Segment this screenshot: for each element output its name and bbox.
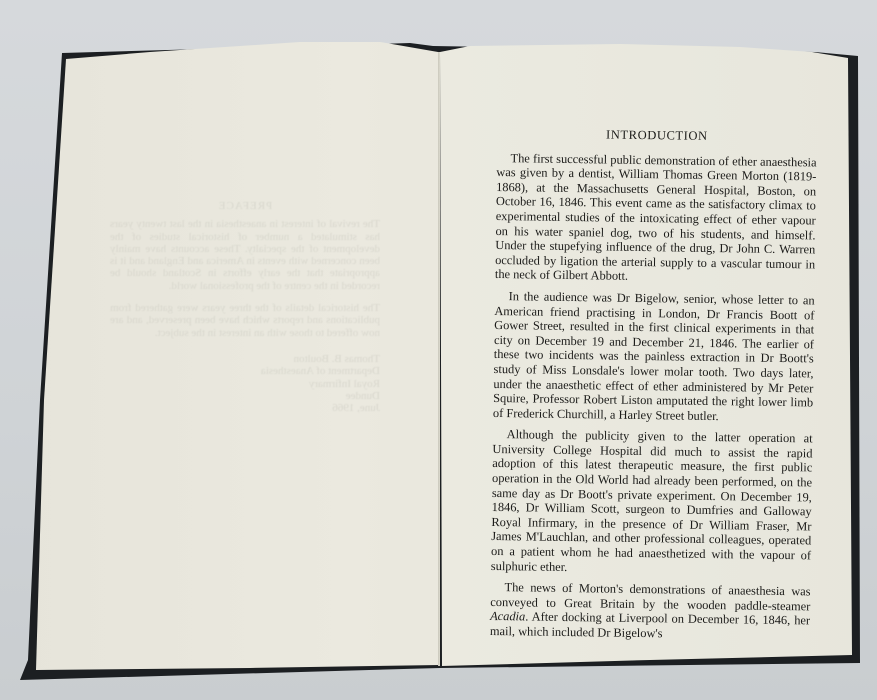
paragraph: In the audience was Dr Bigelow, senior, … — [493, 289, 815, 425]
book-gutter — [438, 52, 440, 666]
paragraph: The first successful public demonstratio… — [495, 151, 817, 287]
preface-signature: Thomas B. Boulton — [110, 353, 380, 365]
paragraph: The news of Morton's demonstrations of a… — [490, 580, 811, 643]
preface-affiliation-line: Royal Infirmary — [110, 378, 380, 390]
paragraph: Although the publicity given to the latt… — [491, 427, 813, 577]
preface-affiliation-line: Dundee — [110, 390, 380, 402]
preface-date: June, 1966 — [110, 402, 380, 414]
preface-title: PREFACE — [110, 200, 380, 212]
left-page-show-through-text: PREFACE The revival of interest in anaes… — [110, 200, 380, 414]
preface-paragraph: The revival of interest in anaesthesia i… — [110, 218, 380, 292]
introduction-text: INTRODUCTION The first successful public… — [490, 126, 817, 650]
paragraph-text: . After docking at Liverpool on December… — [490, 610, 810, 641]
chapter-heading: INTRODUCTION — [497, 126, 817, 145]
ship-name: Acadia — [490, 609, 525, 623]
preface-paragraph: The historical details of the three year… — [110, 302, 380, 339]
paragraph-text: The news of Morton's demonstrations of a… — [490, 580, 810, 613]
preface-affiliation-line: Department of Anaesthesia — [110, 365, 380, 377]
